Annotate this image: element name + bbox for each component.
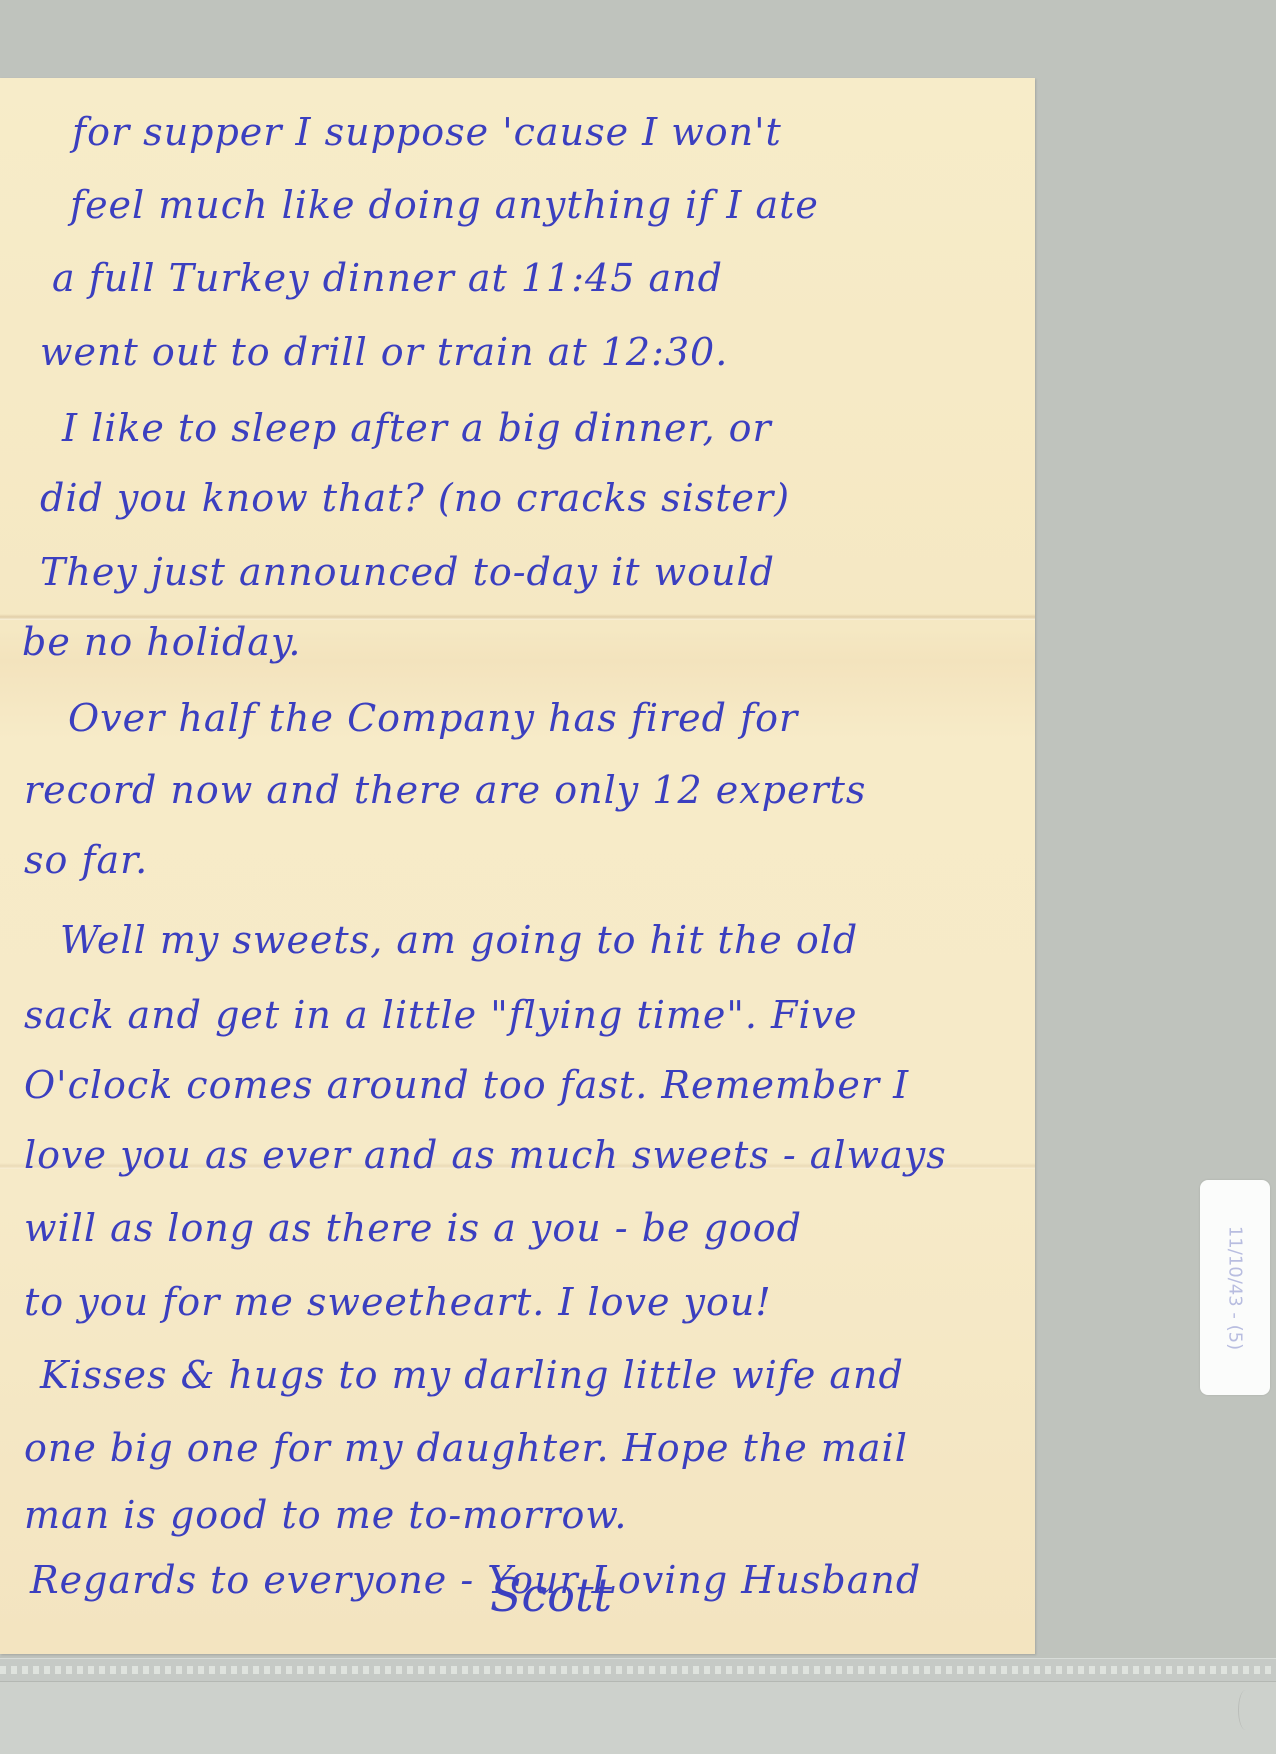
letter-line: for supper I suppose 'cause I won't [72, 110, 782, 154]
scanner-background [0, 1680, 1276, 1754]
signature: Scott [490, 1568, 612, 1622]
letter-line: be no holiday. [22, 620, 301, 664]
letter-line: a full Turkey dinner at 11:45 and [52, 256, 723, 300]
letter-line: sack and get in a little "flying time". … [24, 993, 858, 1037]
letter-page: for supper I suppose 'cause I won't feel… [0, 78, 1035, 1654]
letter-line: feel much like doing anything if I ate [70, 183, 819, 227]
letter-line: man is good to me to-morrow. [24, 1493, 628, 1537]
letter-line: I like to sleep after a big dinner, or [62, 406, 772, 450]
letter-line: O'clock comes around too fast. Remember … [24, 1063, 909, 1107]
letter-line: Kisses & hugs to my darling little wife … [40, 1353, 904, 1397]
letter-line: went out to drill or train at 12:30. [40, 330, 728, 374]
letter-line: did you know that? (no cracks sister) [40, 476, 790, 520]
letter-line: record now and there are only 12 experts [24, 768, 866, 812]
letter-line: to you for me sweetheart. I love you! [24, 1280, 772, 1324]
letter-line: Regards to everyone - Your Loving Husban… [30, 1558, 921, 1602]
letter-line: one big one for my daughter. Hope the ma… [24, 1426, 908, 1470]
sleeve-edge-strip [0, 1658, 1276, 1682]
letter-line: so far. [24, 838, 148, 882]
letter-line: will as long as there is a you - be good [24, 1206, 802, 1250]
letter-line: Over half the Company has fired for [68, 696, 798, 740]
letter-line: They just announced to-day it would [40, 550, 775, 594]
archive-label: 11/10/43 - (5) [1200, 1180, 1270, 1395]
letter-line: love you as ever and as much sweets - al… [24, 1133, 947, 1177]
archive-label-text: 11/10/43 - (5) [1225, 1225, 1246, 1349]
pencil-mark [1238, 1690, 1253, 1730]
letter-line: Well my sweets, am going to hit the old [60, 918, 858, 962]
